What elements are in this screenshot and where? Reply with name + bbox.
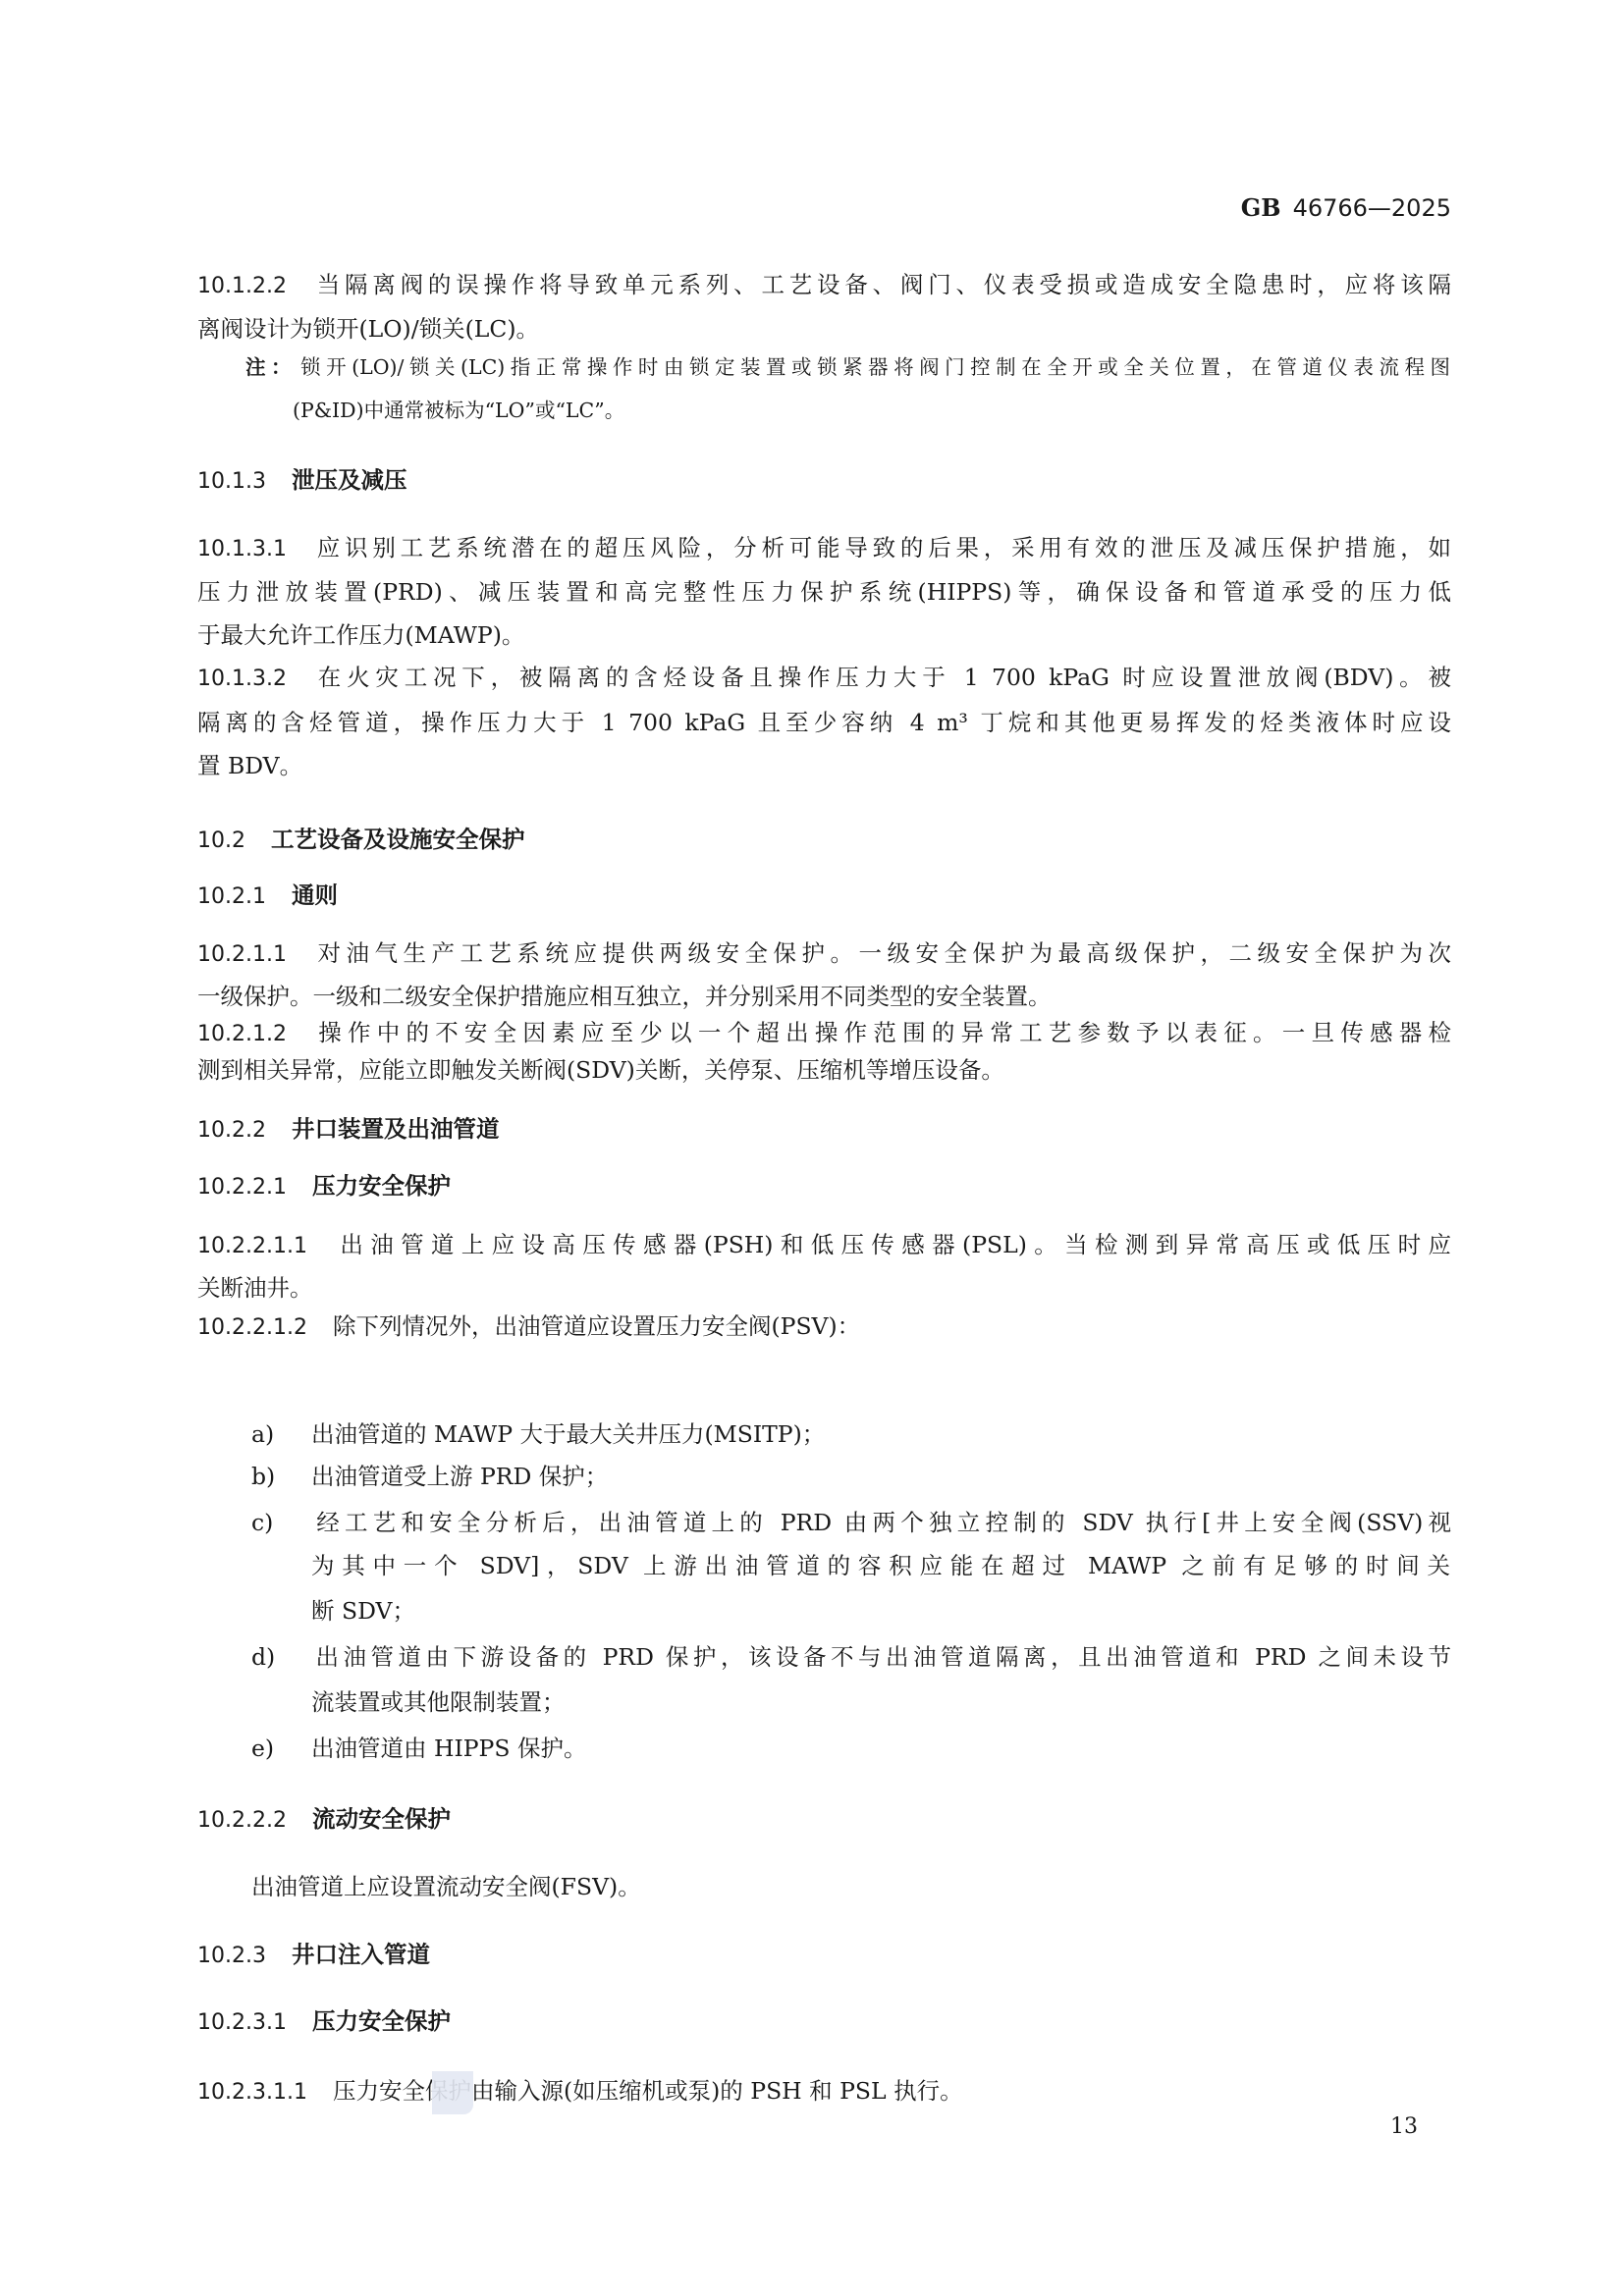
note: 注：锁开(LO)/锁关(LC)指正常操作时由锁定装置或锁紧器将阀门控制在全开或全… [245,352,1450,382]
section-heading-10-2-3-1: 10.2.3.1压力安全保护 [197,2006,1451,2038]
list-marker: e) [251,1734,311,1763]
clause-number: 10.2.2.1.2 [197,1315,307,1340]
section-number: 10.1.3 [197,469,266,494]
clause-text-continued: 压力泄放装置(PRD)、减压装置和高完整性压力保护系统(HIPPS)等，确保设备… [197,577,1451,607]
list-item-text: 经工艺和安全分析后，出油管道上的 PRD 由两个独立控制的 SDV 执行[井上安… [311,1509,1451,1536]
note-label: 注： [245,355,297,379]
clause-text: 当隔离阀的误操作将导致单元系列、工艺设备、阀门、仪表受损或造成安全隐患时，应将该… [312,271,1451,298]
section-number: 10.2.2.2 [197,1808,287,1833]
clause-text-continued: 置 BDV。 [197,751,1451,780]
list-marker: c) [251,1508,311,1537]
section-number: 10.2.3.1 [197,2010,287,2035]
list-item-e: e)出油管道由 HIPPS 保护。 [251,1734,1451,1763]
list-marker: d) [251,1642,311,1672]
clause-10-2-1-2: 10.2.1.2操作中的不安全因素应至少以一个超出操作范围的异常工艺参数予以表征… [197,1018,1451,1049]
section-heading-10-2: 10.2工艺设备及设施安全保护 [197,825,1451,856]
clause-text: 压力安全保护由输入源(如压缩机或泵)的 PSH 和 PSL 执行。 [333,2077,963,2105]
list-item-text: 出油管道的 MAWP 大于最大关井压力(MSITP)； [311,1420,825,1448]
list-item-d: d)出油管道由下游设备的 PRD 保护，该设备不与出油管道隔离，且出油管道和 P… [251,1642,1451,1672]
section-heading-10-1-3: 10.1.3泄压及减压 [197,465,1451,497]
clause-text: 应识别工艺系统潜在的超压风险，分析可能导致的后果，采用有效的泄压及减压保护措施，… [312,534,1451,561]
list-item-text-continued: 断 SDV； [311,1596,1450,1626]
standard-code-header: GB46766—2025 [1241,193,1451,223]
section-title: 压力安全保护 [312,2007,451,2035]
clause-10-1-2-2: 10.1.2.2当隔离阀的误操作将导致单元系列、工艺设备、阀门、仪表受损或造成安… [197,270,1451,301]
section-heading-10-2-3: 10.2.3井口注入管道 [197,1940,1451,1971]
clause-10-2-3-1-1: 10.2.3.1.1压力安全保护由输入源(如压缩机或泵)的 PSH 和 PSL … [197,2076,1451,2108]
clause-text-continued: 离阀设计为锁开(LO)/锁关(LC)。 [197,314,1451,344]
clause-10-2-2-1-2: 10.2.2.1.2除下列情况外，出油管道应设置压力安全阀(PSV)： [197,1311,1451,1343]
list-item-b: b)出油管道受上游 PRD 保护； [251,1462,1451,1491]
section-title: 通则 [292,881,338,909]
section-number: 10.2.2.1 [197,1175,287,1200]
section-number: 10.2.2 [197,1118,266,1143]
section-number: 10.2.3 [197,1944,266,1968]
clause-text-continued: 于最大允许工作压力(MAWP)。 [197,620,1451,650]
clause-10-2-2-1-1: 10.2.2.1.1出油管道上应设高压传感器(PSH)和低压传感器(PSL)。当… [197,1230,1451,1261]
clause-text: 除下列情况外，出油管道应设置压力安全阀(PSV)： [333,1312,860,1340]
clause-number: 10.2.3.1.1 [197,2080,307,2105]
list-item-text: 出油管道受上游 PRD 保护； [311,1463,608,1490]
section-title: 泄压及减压 [292,466,407,494]
section-number: 10.2 [197,828,245,853]
note-text: 锁开(LO)/锁关(LC)指正常操作时由锁定装置或锁紧器将阀门控制在全开或全关位… [300,355,1450,379]
list-marker: a) [251,1419,311,1449]
clause-number: 10.1.3.1 [197,537,287,561]
section-title: 压力安全保护 [312,1172,451,1200]
clause-number: 10.1.3.2 [197,667,287,691]
list-item-text: 出油管道由下游设备的 PRD 保护，该设备不与出油管道隔离，且出油管道和 PRD… [311,1643,1451,1671]
note-text-continued: (P&ID)中通常被标为“LO”或“LC”。 [293,396,1450,425]
list-item-text-continued: 流装置或其他限制装置； [311,1687,1450,1717]
list-item-a: a)出油管道的 MAWP 大于最大关井压力(MSITP)； [251,1419,1451,1449]
standard-number: 46766—2025 [1293,194,1451,222]
clause-text: 在火灾工况下，被隔离的含烃设备且操作压力大于 1 700 kPaG 时应设置泄放… [312,664,1451,691]
page-number: 13 [1390,2113,1418,2141]
clause-number: 10.2.1.1 [197,942,287,967]
section-heading-10-2-2: 10.2.2井口装置及出油管道 [197,1114,1451,1146]
section-title: 井口装置及出油管道 [292,1115,500,1143]
section-heading-10-2-2-1: 10.2.2.1压力安全保护 [197,1171,1451,1202]
clause-10-2-1-1: 10.2.1.1对油气生产工艺系统应提供两级安全保护。一级安全保护为最高级保护，… [197,938,1451,970]
clause-text-continued: 一级保护。一级和二级安全保护措施应相互独立，并分别采用不同类型的安全装置。 [197,982,1451,1011]
clause-text: 对油气生产工艺系统应提供两级安全保护。一级安全保护为最高级保护，二级安全保护为次 [312,939,1451,967]
section-heading-10-2-2-2: 10.2.2.2流动安全保护 [197,1804,1451,1836]
section-title: 井口注入管道 [292,1941,430,1968]
section-title: 工艺设备及设施安全保护 [271,826,525,853]
list-item-text-continued: 为其中一个 SDV]，SDV 上游出油管道的容积应能在超过 MAWP 之前有足够… [311,1551,1450,1580]
clause-text: 出油管道上应设高压传感器(PSH)和低压传感器(PSL)。当检测到异常高压或低压… [333,1231,1451,1258]
section-title: 流动安全保护 [312,1805,451,1833]
paragraph: 出油管道上应设置流动安全阀(FSV)。 [251,1872,1451,1901]
clause-10-1-3-1: 10.1.3.1应识别工艺系统潜在的超压风险，分析可能导致的后果，采用有效的泄压… [197,533,1451,564]
section-heading-10-2-1: 10.2.1通则 [197,881,1451,912]
standard-prefix: GB [1241,193,1281,222]
watermark-mark [432,2071,473,2114]
clause-text: 操作中的不安全因素应至少以一个超出操作范围的异常工艺参数予以表征。一旦传感器检 [312,1019,1451,1046]
clause-text-continued: 隔离的含烃管道，操作压力大于 1 700 kPaG 且至少容纳 4 m³ 丁烷和… [197,708,1451,737]
section-number: 10.2.1 [197,884,266,909]
clause-text-continued: 关断油井。 [197,1273,1451,1303]
clause-number: 10.2.1.2 [197,1022,287,1046]
clause-text-continued: 测到相关异常，应能立即触发关断阀(SDV)关断，关停泵、压缩机等增压设备。 [197,1055,1451,1085]
list-item-c: c)经工艺和安全分析后，出油管道上的 PRD 由两个独立控制的 SDV 执行[井… [251,1508,1451,1537]
clause-number: 10.2.2.1.1 [197,1234,307,1258]
list-item-text: 出油管道由 HIPPS 保护。 [311,1735,586,1762]
list-marker: b) [251,1462,311,1491]
clause-10-1-3-2: 10.1.3.2在火灾工况下，被隔离的含烃设备且操作压力大于 1 700 kPa… [197,663,1451,694]
clause-number: 10.1.2.2 [197,274,287,298]
